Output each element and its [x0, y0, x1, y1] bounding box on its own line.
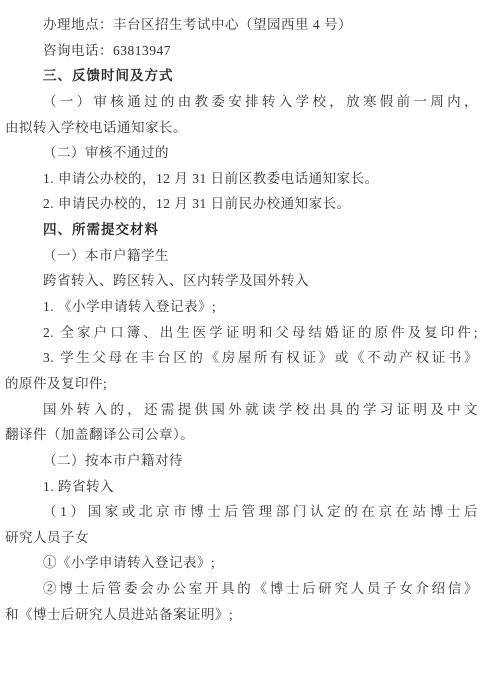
text-line: 的原件及复印件;	[5, 371, 478, 397]
text-line: ②博士后管委会办公室开具的《博士后研究人员子女介绍信》	[5, 576, 478, 602]
text-line: （二）审核不通过的	[5, 140, 478, 166]
text-line: （一）本市户籍学生	[5, 243, 478, 269]
text-line: 翻译件（加盖翻译公司公章）。	[5, 422, 478, 448]
text-line: 1. 申请公办校的，12 月 31 日前区教委电话通知家长。	[5, 166, 478, 192]
section-heading: 四、所需提交材料	[5, 217, 478, 243]
text-line: ①《小学申请转入登记表》;	[5, 550, 478, 576]
text-line: 和《博士后研究人员进站备案证明》;	[5, 602, 478, 628]
text-line: 1. 《小学申请转入登记表》;	[5, 294, 478, 320]
text-line: 办理地点：丰台区招生考试中心（望园西里 4 号）	[5, 12, 478, 38]
text-line: 跨省转入、跨区转入、区内转学及国外转入	[5, 268, 478, 294]
text-line: 咨询电话：63813947	[5, 38, 478, 64]
text-line: 研究人员子女	[5, 525, 478, 551]
text-line: 国外转入的，还需提供国外就读学校出具的学习证明及中文	[5, 397, 478, 423]
text-line: 2. 全家户口簿、出生医学证明和父母结婚证的原件及复印件;	[5, 320, 478, 346]
text-line: （一）审核通过的由教委安排转入学校，放寒假前一周内，	[5, 89, 478, 115]
text-line: 由拟转入学校电话通知家长。	[5, 115, 478, 141]
text-line: 2. 申请民办校的，12 月 31 日前民办校通知家长。	[5, 191, 478, 217]
text-line: （1）国家或北京市博士后管理部门认定的在京在站博士后	[5, 499, 478, 525]
document-page: 办理地点：丰台区招生考试中心（望园西里 4 号）咨询电话：63813947三、反…	[0, 0, 484, 674]
text-line: 3. 学生父母在丰台区的《房屋所有权证》或《不动产权证书》	[5, 345, 478, 371]
section-heading: 三、反馈时间及方式	[5, 63, 478, 89]
text-line: （二）按本市户籍对待	[5, 448, 478, 474]
text-line: 1. 跨省转入	[5, 474, 478, 500]
